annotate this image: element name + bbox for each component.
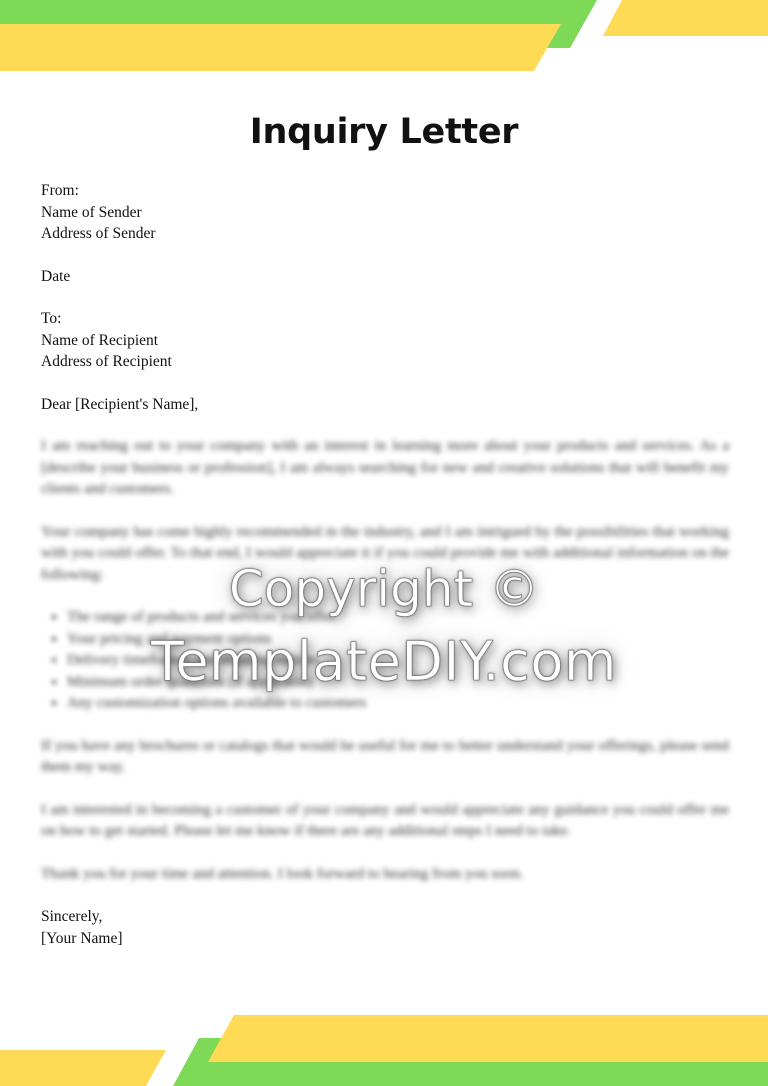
to-label: To:	[41, 308, 729, 330]
closing-paragraph: If you have any brochures or catalogs th…	[41, 736, 729, 779]
page-title: Inquiry Letter	[0, 112, 768, 152]
closing-paragraph: Thank you for your time and attention. I…	[41, 864, 729, 886]
watermark-copyright: Copyright ©	[0, 560, 768, 618]
recipient-name: Name of Recipient	[41, 330, 729, 352]
sender-address: Address of Sender	[41, 223, 729, 245]
top-banner	[0, 0, 768, 71]
sign-off: Sincerely,	[41, 906, 729, 928]
salutation: Dear [Recipient's Name],	[41, 394, 729, 416]
closing-paragraph: I am interested in becoming a customer o…	[41, 800, 729, 843]
list-item: Any customization options available to c…	[67, 693, 729, 715]
date: Date	[41, 266, 729, 288]
from-label: From:	[41, 180, 729, 202]
sender-name: Name of Sender	[41, 202, 729, 224]
watermark-site: TemplateDIY.com	[0, 630, 768, 693]
bottom-banner	[0, 1015, 768, 1086]
signature: [Your Name]	[41, 928, 729, 950]
recipient-address: Address of Recipient	[41, 351, 729, 373]
body-paragraph: I am reaching out to your company with a…	[41, 436, 729, 501]
